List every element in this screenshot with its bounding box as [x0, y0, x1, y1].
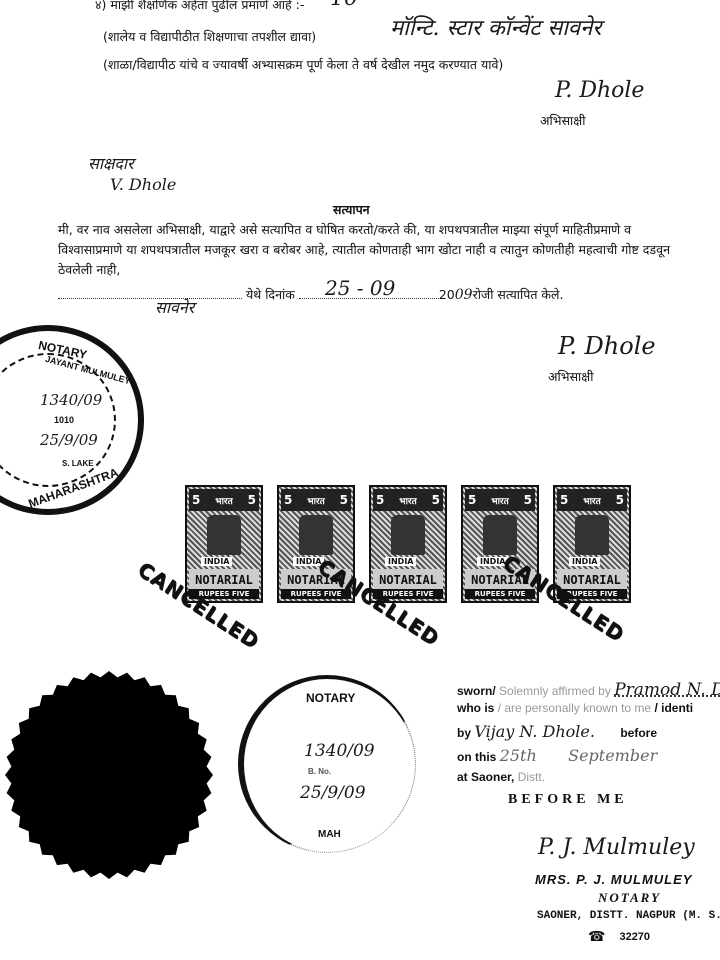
year-note: (शाळा/विद्यापीठ यांचे व ज्यावर्षी अभ्यास…: [103, 56, 503, 73]
stamp-country-hi: भारत: [491, 494, 508, 507]
seal-top-book-no: 1010: [54, 415, 74, 425]
seal-bottom-reg-no: 1340/09: [304, 741, 375, 761]
jurat-identifier-name: Vijay N. Dhole.: [474, 722, 595, 741]
stamp-denomination-right: 5: [616, 493, 624, 507]
jurat-who-is: who is: [457, 701, 494, 715]
jurat-month: September: [568, 746, 657, 765]
stamp-denomination-left: 5: [376, 493, 384, 507]
year-handwritten: 09: [455, 287, 473, 303]
school-details-note: (शालेय व विद्यापीठीत शिक्षणाचा तपशील द्य…: [103, 28, 316, 45]
verification-title: सत्यापन: [333, 201, 370, 218]
stamp-header: 5भारत5: [557, 489, 627, 511]
jurat-by: by: [457, 726, 471, 740]
stamp-denomination-left: 5: [284, 493, 292, 507]
jurat-sworn: sworn/: [457, 684, 496, 698]
stamp-type: NOTARIAL: [373, 569, 443, 591]
jurat-day: 25th: [500, 746, 537, 765]
witness-signature: V. Dhole: [110, 175, 176, 194]
stamp-denomination-left: 5: [560, 493, 568, 507]
jurat-identified: / identi: [654, 701, 693, 715]
stamp-type: NOTARIAL: [189, 569, 259, 591]
deponent-label-bottom: अभिसाक्षी: [548, 368, 593, 385]
stamp-header: 5भारत5: [373, 489, 443, 511]
ashoka-emblem-icon: [391, 515, 425, 555]
jurat-line-1: sworn/ Solemnly affirmed by Pramod N. D: [457, 680, 720, 700]
verification-closing: रोजी सत्यापित केले.: [473, 287, 564, 302]
jurat-at-saoner: at Saoner,: [457, 770, 514, 784]
stamp-country-hi: भारत: [583, 494, 600, 507]
stamp-denomination-right: 5: [248, 493, 256, 507]
stamp-denomination-right: 5: [340, 493, 348, 507]
stamp-denomination-left: 5: [192, 493, 200, 507]
stamp-country-en: INDIA: [201, 557, 232, 566]
jurat-line-3: by Vijay N. Dhole. before: [457, 722, 657, 741]
ashoka-emblem-icon: [299, 515, 333, 555]
seal-top-place: S. LAKE: [62, 459, 94, 468]
seal-bottom-book-label: B. No.: [308, 767, 331, 776]
notary-title: NOTARY: [598, 890, 661, 906]
year-prefix: 20: [439, 287, 455, 302]
stamp-denomination-right: 5: [432, 493, 440, 507]
deponent-signature-top: P. Dhole: [555, 78, 644, 103]
ashoka-emblem-icon: [575, 515, 609, 555]
notary-name: MRS. P. J. MULMULEY: [535, 872, 692, 887]
seal-bottom-state: MAH: [318, 829, 341, 840]
notarial-stamp: 5भारत5INDIANOTARIALRUPEES FIVE: [185, 485, 263, 603]
verification-place-line: येथे दिनांक 2009रोजी सत्यापित केले.: [58, 286, 563, 303]
stamp-header: 5भारत5: [281, 489, 351, 511]
jurat-line-4: on this 25th September: [457, 746, 657, 765]
stamp-country-hi: भारत: [399, 494, 416, 507]
date-handwritten: 25 - 09: [325, 276, 395, 300]
seal-top-date: 25/9/09: [40, 431, 98, 449]
notarial-stamp: 5भारत5INDIANOTARIALRUPEES FIVE: [369, 485, 447, 603]
notary-seal-top: NOTARY JAYANT MULMULEY 1340/09 1010 25/9…: [0, 325, 144, 515]
notarial-stamps: 5भारत5INDIANOTARIALRUPEES FIVE5भारत5INDI…: [185, 485, 665, 615]
verification-body: मी, वर नाव असलेला अभिसाक्षी, याद्वारे अस…: [58, 220, 670, 280]
notary-signature: P. J. Mulmuley: [538, 835, 695, 860]
place-blank: [58, 286, 242, 299]
stamp-denomination-right: 5: [524, 493, 532, 507]
jurat-known: / are personally known to me: [498, 701, 651, 715]
notary-seal-bottom: NOTARY 1340/09 B. No. 25/9/09 MAH: [238, 675, 416, 853]
stamp-header: 5भारत5: [189, 489, 259, 511]
school-handwritten: मॉन्टि. स्टार कॉन्वेंट सावनेर: [390, 12, 601, 42]
notary-address: SAONER, DISTT. NAGPUR (M. S.): [537, 910, 720, 922]
stamp-country-hi: भारत: [215, 494, 232, 507]
seal-bottom-ring-text: NOTARY: [306, 691, 355, 705]
jurat-affirmed: Solemnly affirmed by: [499, 684, 611, 698]
seal-bottom-date: 25/9/09: [300, 783, 366, 803]
notary-phone: ☎ 32270: [588, 929, 650, 945]
stamp-denomination-left: 5: [468, 493, 476, 507]
jurat-on-this: on this: [457, 750, 496, 764]
stamp-header: 5भारत5: [465, 489, 535, 511]
ashoka-emblem-icon: [207, 515, 241, 555]
stamp-country-en: INDIA: [569, 557, 600, 566]
seal-top-reg-no: 1340/09: [40, 391, 102, 409]
jurat-deponent-name: Pramod N. D: [614, 680, 720, 700]
stamp-country-en: INDIA: [385, 557, 416, 566]
deponent-signature-bottom: P. Dhole: [558, 332, 656, 360]
item4-handwritten: 10: [330, 0, 358, 11]
witness-label: साक्षदार: [88, 152, 134, 174]
stamp-country-hi: भारत: [307, 494, 324, 507]
embossed-seal: [2, 668, 216, 882]
jurat-line-2: who is / are personally known to me / id…: [457, 701, 693, 715]
jurat-distt: Distt.: [518, 770, 545, 784]
jurat-before-me: BEFORE ME: [508, 792, 628, 808]
telephone-icon: ☎: [588, 929, 605, 945]
jurat-line-5: at Saoner, Distt.: [457, 770, 545, 784]
place-handwritten: सावनेर: [155, 296, 194, 318]
stamp-value-words: RUPEES FIVE: [465, 589, 535, 599]
notary-phone-number: 32270: [619, 931, 650, 943]
ashoka-emblem-icon: [483, 515, 517, 555]
jurat-before: before: [620, 726, 657, 740]
place-label: येथे दिनांक: [246, 287, 295, 302]
deponent-label-top: अभिसाक्षी: [540, 112, 585, 129]
item4-label: ४) माझी शैक्षणिक अर्हता पुढील प्रमाणे आह…: [95, 0, 304, 13]
